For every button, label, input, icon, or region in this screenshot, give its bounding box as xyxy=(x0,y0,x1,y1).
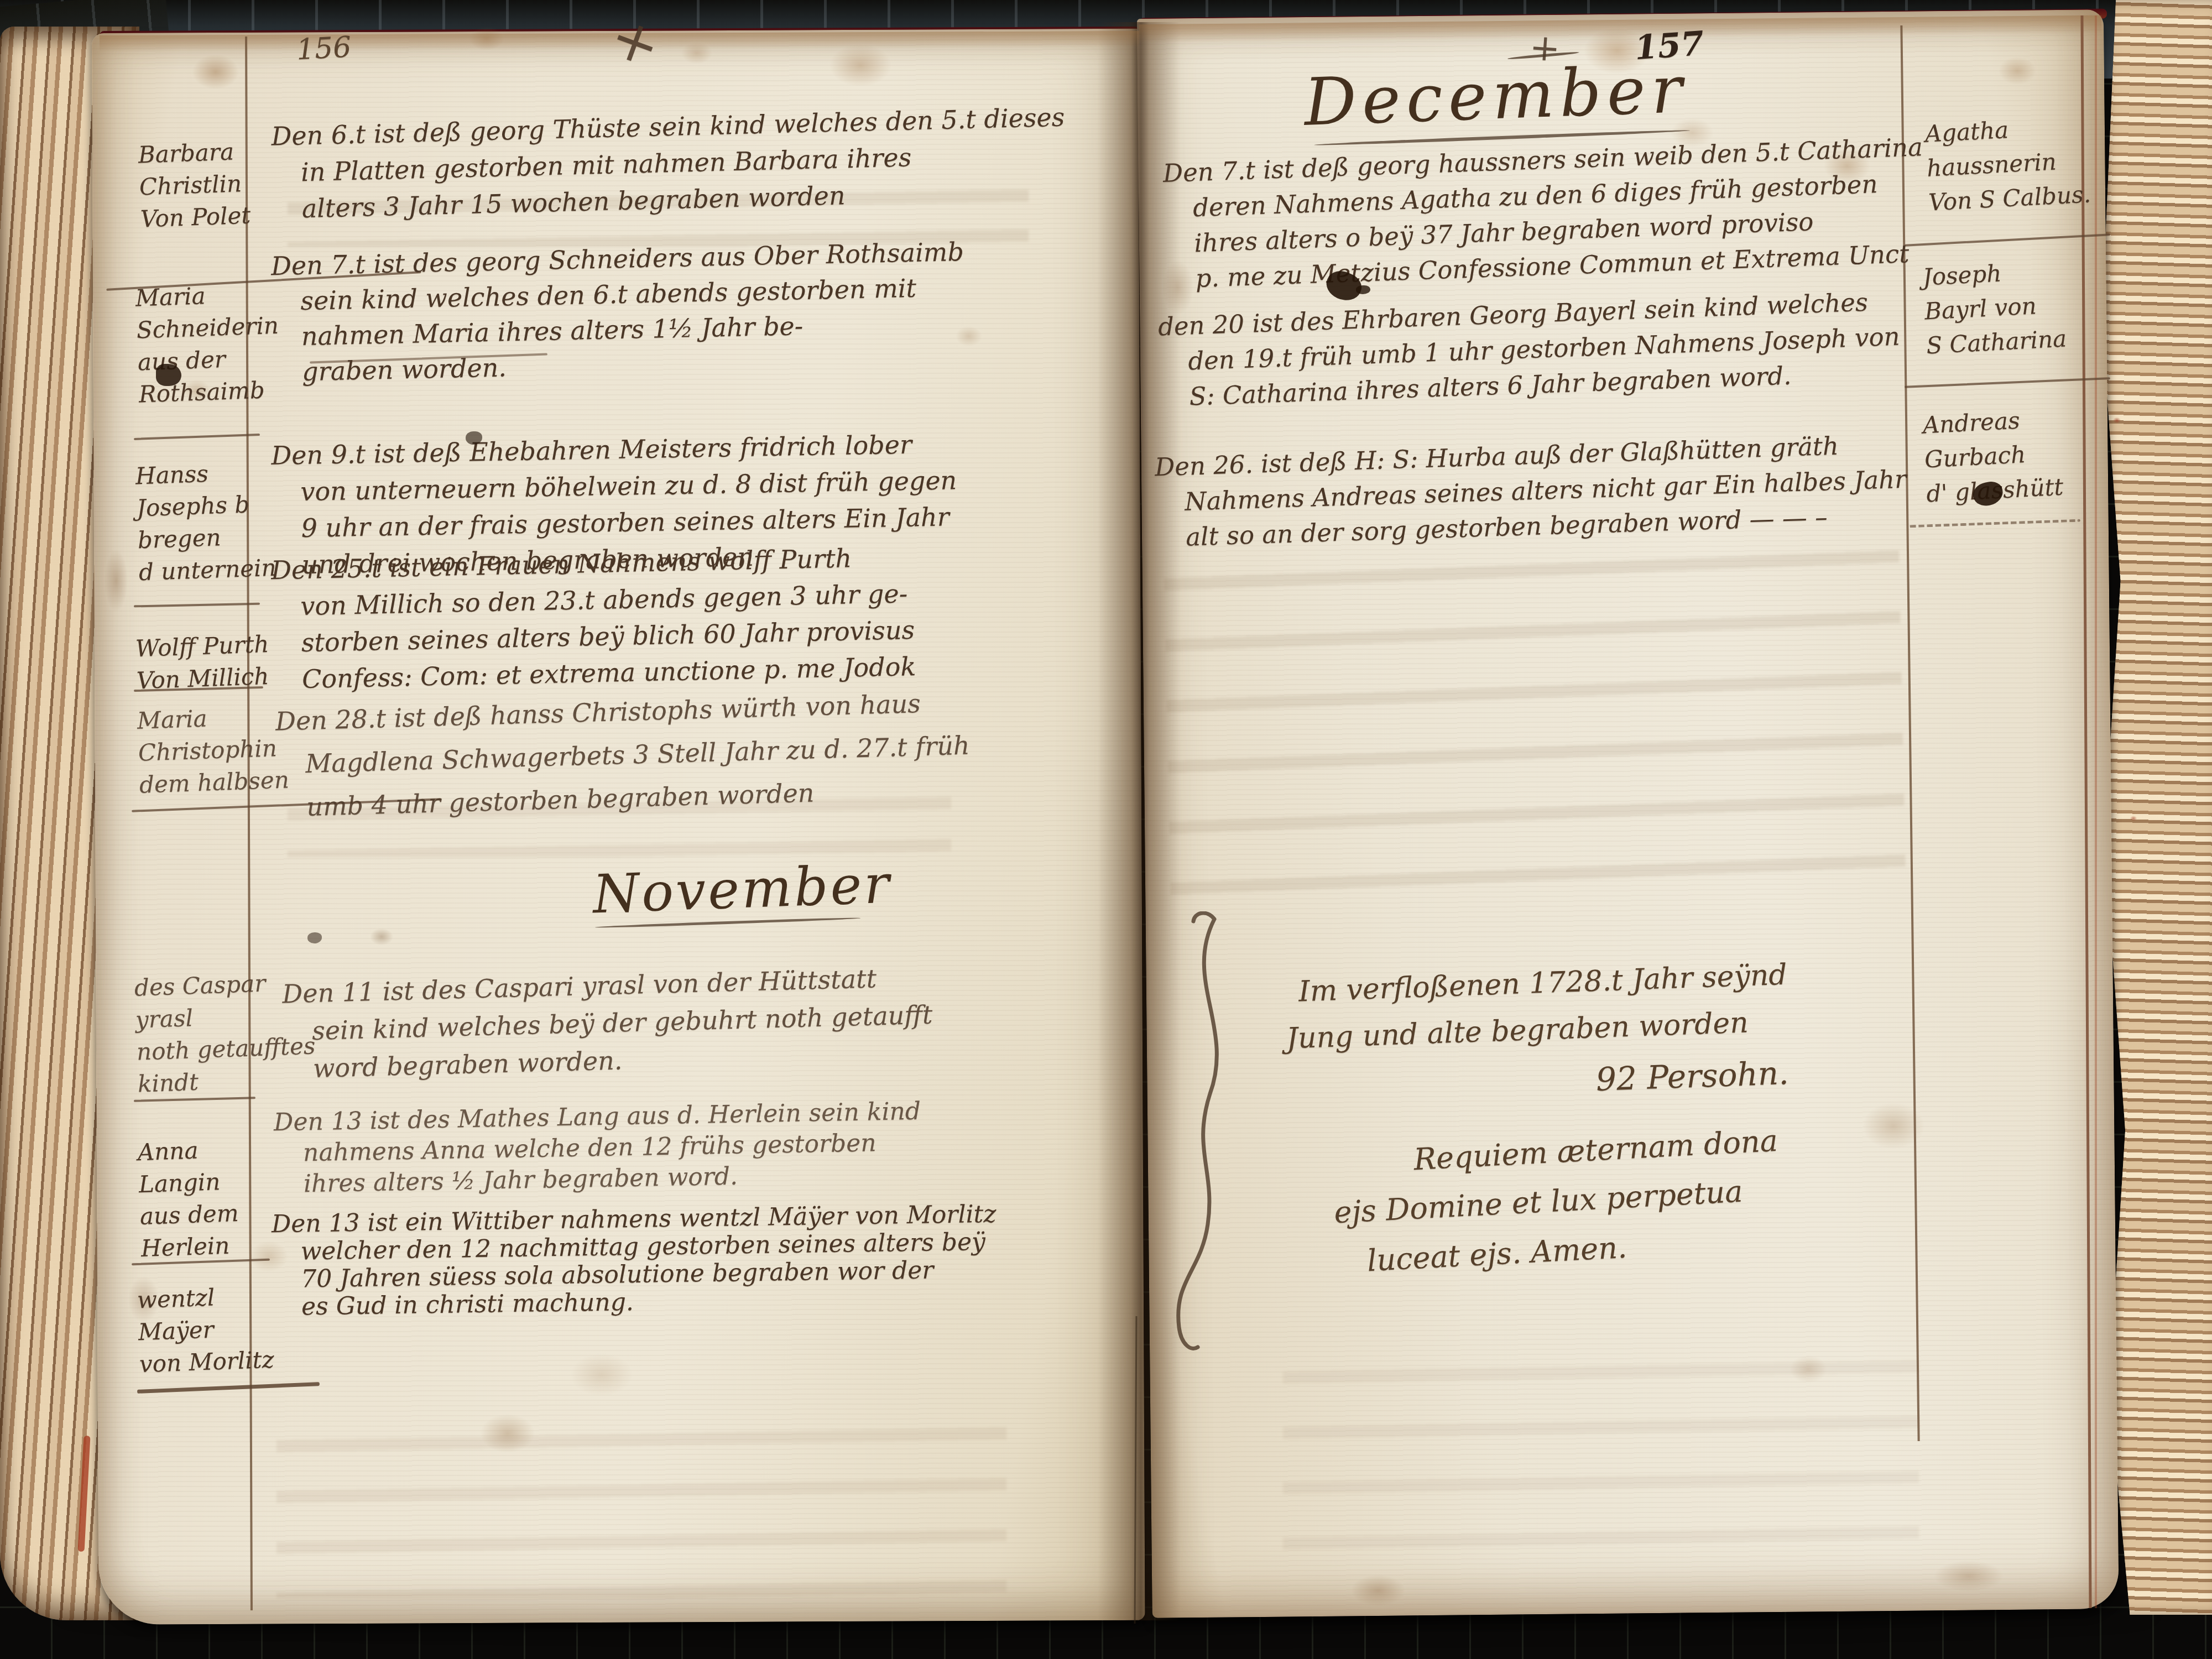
margin-note: JosephBayrl vonS Catharina xyxy=(1922,253,2067,363)
margin-note: wentzlMaÿervon Morlitz xyxy=(137,1280,275,1380)
manuscript-scan: 156 157 + + December November Den 6.t is… xyxy=(0,0,2212,1659)
fore-edge-red-line xyxy=(2095,15,2097,1608)
burial-entry: Den 7.t ist deß georg haussners sein wei… xyxy=(1162,129,1927,298)
ink-blot xyxy=(156,364,181,386)
margin-note: AnnaLanginaus demHerlein xyxy=(137,1133,241,1265)
margin-note: Wolff PurthVon Millich xyxy=(135,628,270,697)
margin-note: HanssJosephs bbregend unternein xyxy=(135,456,276,589)
margin-note: AgathahaussnerinVon S Calbus. xyxy=(1924,108,2091,220)
margin-note: des Casparyraslnoth getauffteskindt xyxy=(134,966,317,1100)
month-header-november: November xyxy=(592,853,893,926)
burial-entry: Den 6.t ist deß georg Thüste sein kind w… xyxy=(271,98,1067,227)
year-summary-line: 92 Persohn. xyxy=(1595,1054,1790,1098)
burial-entry: Den 28.t ist deß hanss Christophs würth … xyxy=(275,681,972,830)
margin-note: BarbaraChristlinVon Polet xyxy=(138,135,251,236)
burial-entry: Den 11 ist des Caspari yrasl von der Hüt… xyxy=(282,958,935,1088)
burial-entry: Den 7.t ist des georg Schneiders aus Obe… xyxy=(270,234,966,390)
burial-entry: Den 13 ist des Mathes Lang aus d. Herlei… xyxy=(274,1096,922,1200)
month-header-december: December xyxy=(1303,51,1689,140)
margin-note: MariaSchneiderinaus derRothsaimb xyxy=(135,278,281,411)
margin-note: MariaChristophindem halbsen xyxy=(137,700,290,801)
flourish-bracket xyxy=(1159,911,1259,1359)
page-number-left: 156 xyxy=(295,30,352,66)
burial-entry: Den 13 ist ein Wittiber nahmens wentzl M… xyxy=(272,1201,998,1321)
burial-entry: Den 25.t ist ein Frauen Nahmens wolff Pu… xyxy=(270,539,916,698)
